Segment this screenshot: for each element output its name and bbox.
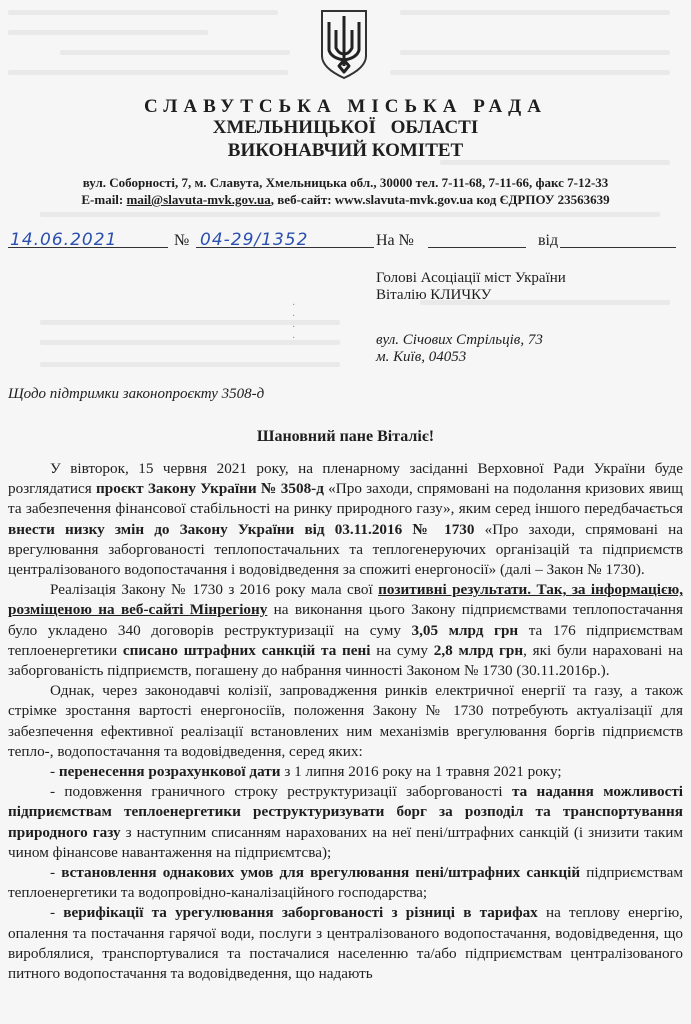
recipient-street: вул. Січових Стрільців, 73 — [376, 332, 543, 349]
paragraph-1: У вівторок, 15 червня 2021 року, на плен… — [8, 459, 683, 580]
date-underline — [8, 247, 168, 248]
number-underline — [196, 247, 374, 248]
letter-page: СЛАВУТСЬКА МІСЬКА РАДА ХМЕЛЬНИЦЬКОЇ ОБЛА… — [0, 0, 691, 1024]
show-through — [8, 30, 208, 35]
show-through — [400, 10, 670, 15]
paragraph-3: Однак, через законодавчі колізії, запров… — [8, 681, 683, 762]
greeting: Шановний пане Віталіє! — [0, 428, 691, 446]
list-item-3: - встановлення однакових умов для врегул… — [8, 863, 683, 903]
paragraph-2: Реалізація Закону № 1730 з 2016 року мал… — [8, 580, 683, 681]
list-item-1: - перенесення розрахункової дати з 1 лип… — [8, 762, 683, 782]
website-info: , веб-сайт: www.slavuta-mvk.gov.ua код Є… — [271, 192, 610, 207]
show-through — [40, 362, 340, 367]
recipient-city: м. Київ, 04053 — [376, 349, 543, 366]
show-through — [40, 212, 660, 217]
stamp-dots: ···· — [292, 300, 295, 344]
from-label: від — [538, 232, 558, 250]
list-item-4: - верифікації та урегулювання заборгован… — [8, 903, 683, 984]
letter-body: У вівторок, 15 червня 2021 року, на плен… — [8, 459, 683, 984]
show-through — [390, 70, 670, 75]
committee-name: ВИКОНАВЧИЙ КОМІТЕТ — [0, 140, 691, 162]
number-label: № — [174, 232, 189, 250]
contact-email-line: E-mail: mail@slavuta-mvk.gov.ua, веб-сай… — [0, 192, 691, 208]
reply-to-underline — [428, 247, 526, 248]
show-through — [60, 50, 290, 55]
from-underline — [560, 247, 676, 248]
reference-line: 14.06.2021 № 04-29/1352 На № від — [8, 228, 683, 252]
recipient-block: Голові Асоціації міст України Віталію КЛ… — [376, 270, 566, 304]
region-name: ХМЕЛЬНИЦЬКОЇ ОБЛАСТІ — [0, 117, 691, 139]
recipient-title: Голові Асоціації міст України — [376, 270, 566, 287]
coat-of-arms-trident-icon — [319, 8, 369, 80]
council-name: СЛАВУТСЬКА МІСЬКА РАДА — [0, 96, 691, 118]
list-item-2: - подовження граничного строку реструкту… — [8, 782, 683, 863]
email-label: E-mail: — [81, 192, 126, 207]
contact-address: вул. Соборності, 7, м. Славута, Хмельниц… — [0, 175, 691, 191]
email-link[interactable]: mail@slavuta-mvk.gov.ua — [127, 192, 271, 207]
reply-to-label: На № — [376, 232, 414, 250]
letter-subject: Щодо підтримки законопроєкту 3508-д — [8, 386, 264, 403]
show-through — [8, 70, 288, 75]
show-through — [8, 10, 278, 15]
recipient-name: Віталію КЛИЧКУ — [376, 287, 566, 304]
recipient-address: вул. Січових Стрільців, 73 м. Київ, 0405… — [376, 332, 543, 366]
show-through — [400, 50, 670, 55]
